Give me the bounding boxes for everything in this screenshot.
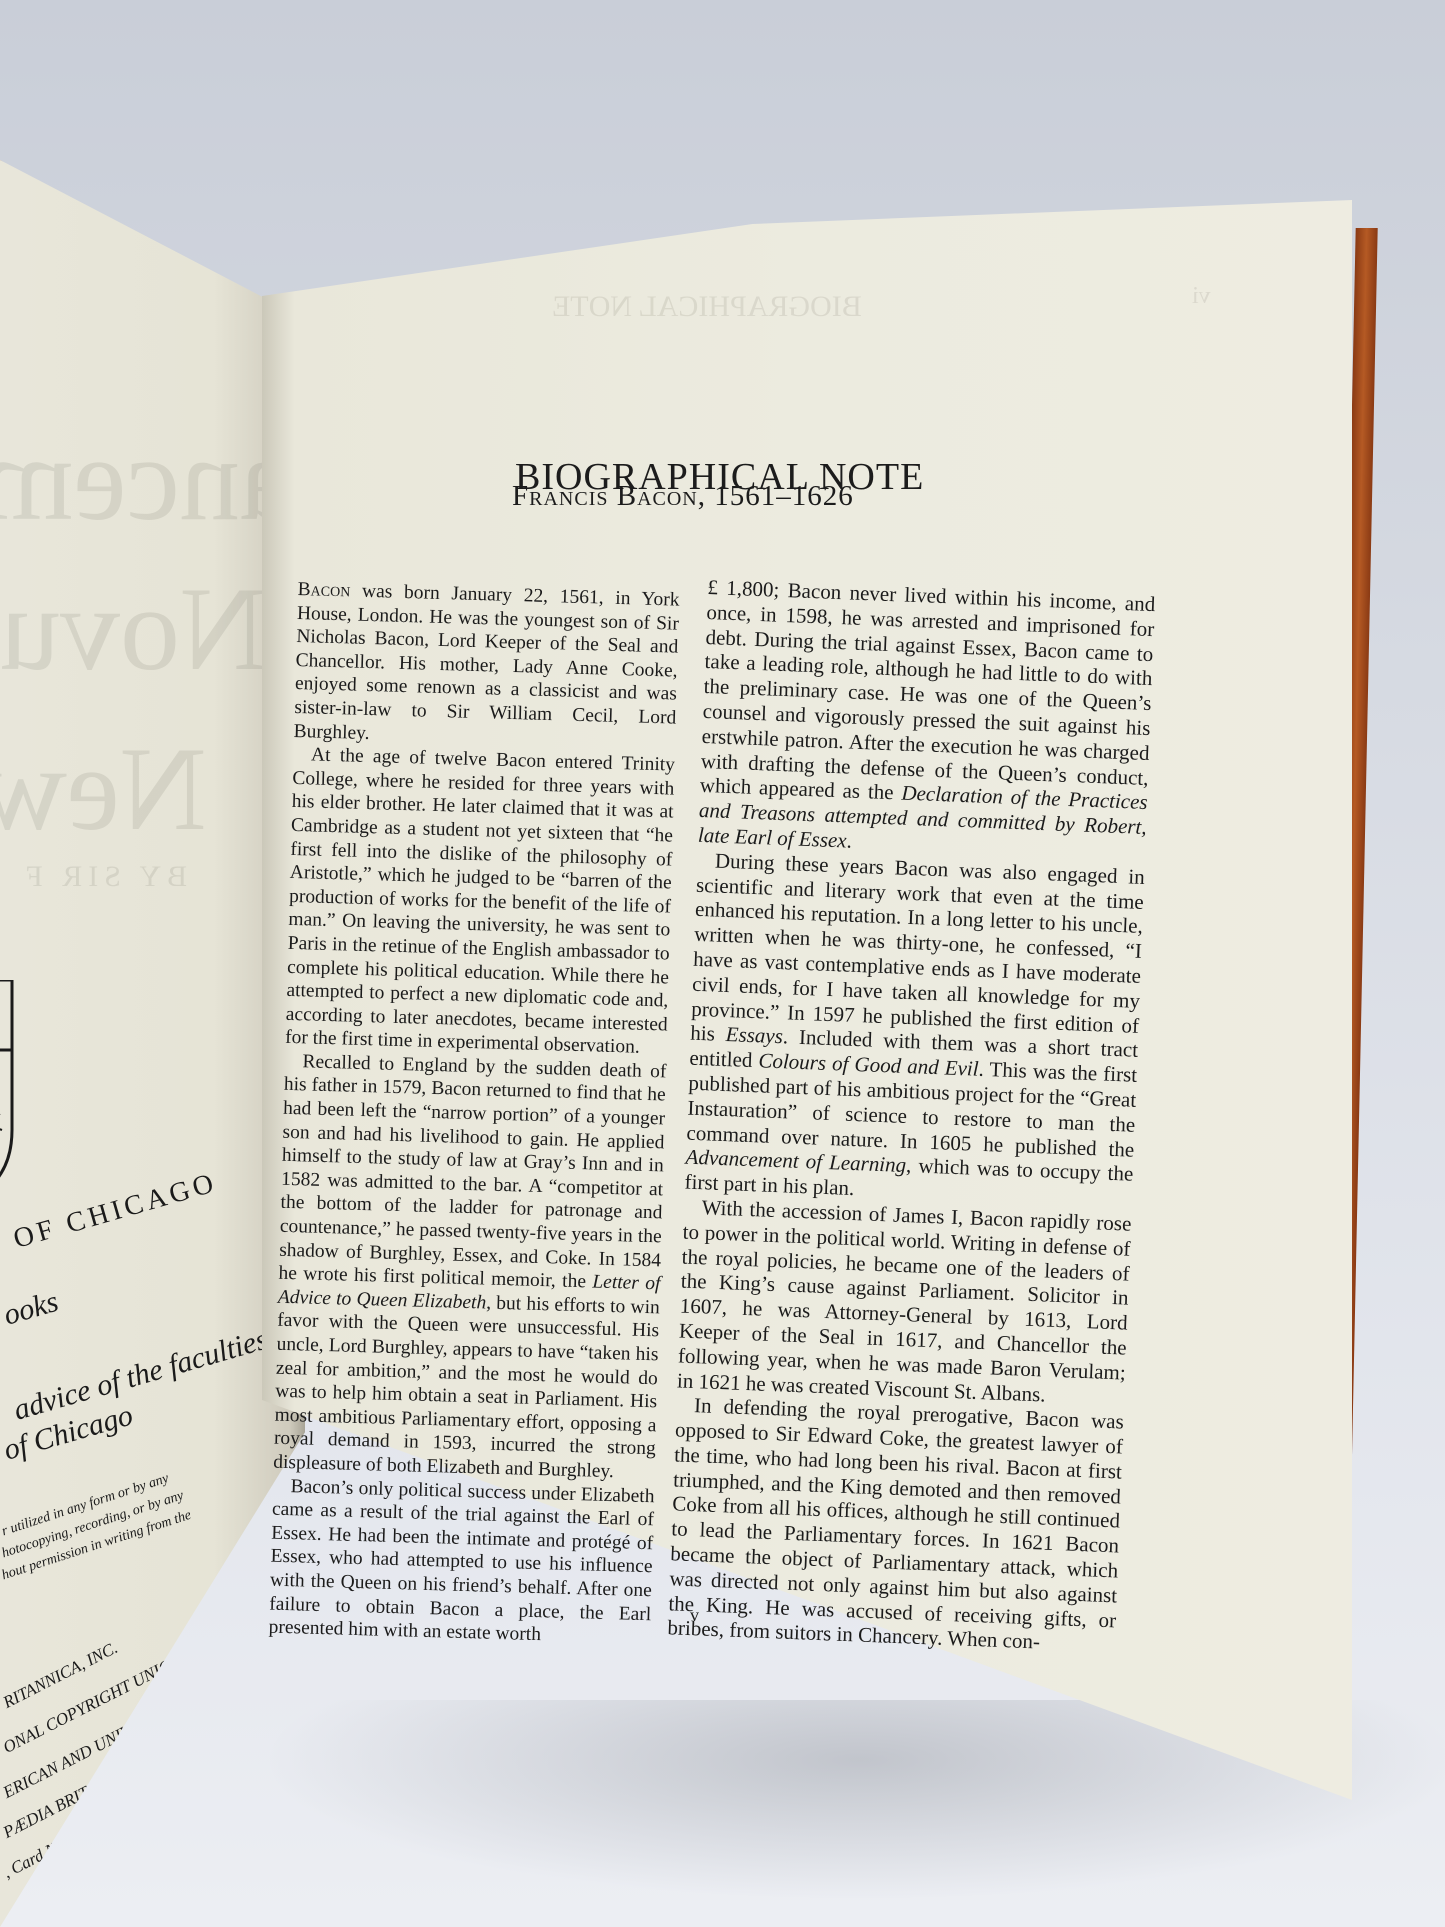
paragraph-text: was born January 22, 1561, in York House… — [293, 580, 679, 743]
italic-line: advice of the faculties — [10, 1323, 272, 1428]
paragraph-text: Recalled to England by the sudden death … — [278, 1051, 666, 1293]
lead-word: Bacon — [297, 579, 350, 601]
bleed-through-header: BIOGRAPHICAL NOTE — [552, 290, 862, 323]
paragraph: In defending the royal prerogative, Baco… — [667, 1393, 1124, 1658]
paragraph: Recalled to England by the sudden death … — [273, 1050, 667, 1485]
text-column-left: Bacon was born January 22, 1561, in York… — [268, 578, 679, 1650]
paragraph-text: . — [846, 828, 852, 852]
left-page: Advancem Novu New BY SIR F OF CHICAGO oo… — [0, 160, 305, 1927]
paragraph: During these years Bacon was also engage… — [684, 848, 1145, 1212]
page-number: v — [690, 1605, 699, 1626]
italic-line: ooks — [0, 1285, 62, 1333]
page-subtitle: Francis Bacon, 1561–1626 — [512, 480, 854, 513]
paragraph: Bacon’s only political success under Eli… — [268, 1474, 654, 1650]
paragraph: With the accession of James I, Bacon rap… — [677, 1194, 1132, 1409]
paragraph-text: During these years Bacon was also engage… — [690, 848, 1145, 1046]
paragraph-text: , but his efforts to win favor with the … — [273, 1292, 660, 1482]
ghost-byline: BY SIR F — [20, 860, 187, 894]
ghost-title-line: New — [0, 720, 207, 858]
paragraph-text: £ 1,800; Bacon never lived within his in… — [699, 575, 1155, 805]
paragraph: At the age of twelve Bacon entered Trini… — [285, 743, 675, 1060]
text-column-right: £ 1,800; Bacon never lived within his in… — [667, 575, 1156, 1658]
ghost-title-line: Novu — [0, 560, 267, 698]
paragraph: £ 1,800; Bacon never lived within his in… — [698, 575, 1156, 865]
bleed-through-page-number: vi — [1192, 280, 1211, 313]
university-shield-icon — [0, 980, 20, 1200]
paragraph: Bacon was born January 22, 1561, in York… — [293, 578, 679, 754]
book-title: Essays — [725, 1022, 783, 1048]
university-name: OF CHICAGO — [10, 1167, 221, 1256]
